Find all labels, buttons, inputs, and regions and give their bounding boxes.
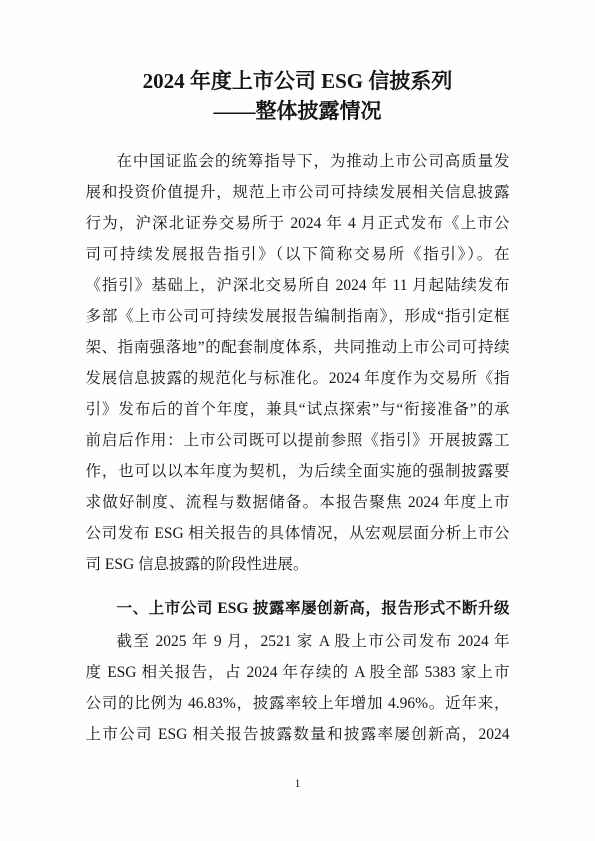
- text-line: 度 ESG 相关报告，占 2024 年存续的 A 股全部 5383 家上市: [86, 657, 510, 688]
- text-line: 截至 2025 年 9 月，2521 家 A 股上市公司发布 2024 年: [86, 626, 510, 657]
- text-line: 司 ESG 信息披露的阶段性进展。: [86, 549, 510, 580]
- section-heading-1: 一、上市公司 ESG 披露率屡创新高，报告形式不断升级: [86, 593, 510, 624]
- paragraph-section1: 截至 2025 年 9 月，2521 家 A 股上市公司发布 2024 年度 E…: [86, 626, 510, 750]
- text-line: 引》发布后的首个年度，兼具“试点探索”与“衔接准备”的承: [86, 394, 510, 425]
- text-line: 作，也可以以本年度为契机，为后续全面实施的强制披露要: [86, 456, 510, 487]
- text-line: 行为，沪深北证券交易所于 2024 年 4 月正式发布《上市公: [86, 208, 510, 239]
- text-line: 司可持续发展报告指引》（以下简称交易所《指引》）。在: [86, 239, 510, 270]
- document-content: 2024 年度上市公司 ESG 信披系列 ——整体披露情况 在中国证监会的统筹指…: [86, 66, 510, 750]
- text-line: 前启后作用：上市公司既可以提前参照《指引》开展披露工: [86, 425, 510, 456]
- text-line: 求做好制度、流程与数据储备。本报告聚焦 2024 年度上市: [86, 487, 510, 518]
- text-line: 《指引》基础上，沪深北交易所自 2024 年 11 月起陆续发布: [86, 270, 510, 301]
- document-title-line2: ——整体披露情况: [86, 96, 510, 126]
- text-line: 在中国证监会的统筹指导下，为推动上市公司高质量发: [86, 146, 510, 177]
- text-line: 上市公司 ESG 相关报告披露数量和披露率屡创新高，2024: [86, 719, 510, 750]
- text-line: 架、指南强落地”的配套制度体系，共同推动上市公司可持续: [86, 332, 510, 363]
- text-line: 发展信息披露的规范化与标准化。2024 年度作为交易所《指: [86, 363, 510, 394]
- document-page: 2024 年度上市公司 ESG 信披系列 ——整体披露情况 在中国证监会的统筹指…: [0, 0, 595, 841]
- page-number: 1: [0, 775, 595, 791]
- document-title-line1: 2024 年度上市公司 ESG 信披系列: [86, 66, 510, 96]
- document-title: 2024 年度上市公司 ESG 信披系列 ——整体披露情况: [86, 66, 510, 126]
- paragraph-intro: 在中国证监会的统筹指导下，为推动上市公司高质量发展和投资价值提升，规范上市公司可…: [86, 146, 510, 580]
- text-line: 展和投资价值提升，规范上市公司可持续发展相关信息披露: [86, 177, 510, 208]
- text-line: 公司的比例为 46.83%，披露率较上年增加 4.96%。近年来，: [86, 688, 510, 719]
- text-line: 多部《上市公司可持续发展报告编制指南》，形成“指引定框: [86, 301, 510, 332]
- text-line: 公司发布 ESG 相关报告的具体情况，从宏观层面分析上市公: [86, 518, 510, 549]
